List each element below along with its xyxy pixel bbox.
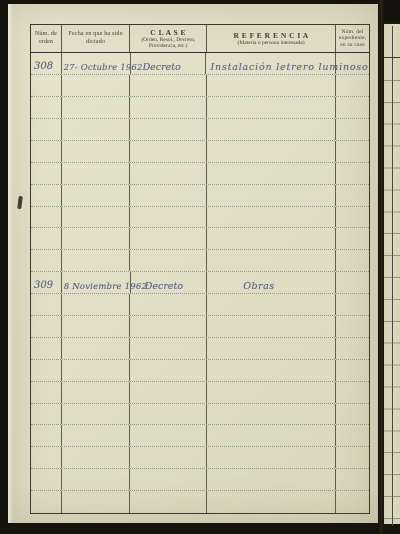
- cell-fecha: 27- Octubre 1962: [62, 53, 131, 74]
- handwritten-clase: Decreto: [145, 282, 183, 294]
- cell-referencia: Obras: [207, 272, 336, 293]
- cell-clase: [130, 185, 207, 206]
- cell-expediente: [336, 185, 369, 206]
- header-referencia-title: R E F E R E N C I A: [233, 31, 308, 40]
- header-num-orden: Núm. de orden: [31, 25, 62, 52]
- cell-fecha: [62, 404, 131, 425]
- cell-fecha: [62, 185, 131, 206]
- cell-fecha: [62, 163, 131, 184]
- cell-referencia: [207, 338, 336, 359]
- cell-referencia: [207, 491, 336, 513]
- cell-expediente: [336, 447, 369, 468]
- cell-fecha: [62, 294, 131, 315]
- cell-fecha: [62, 425, 131, 446]
- header-num-orden-label: Núm. de orden: [32, 31, 60, 46]
- cell-referencia: [207, 382, 336, 403]
- header-fecha-label: Fecha en que ha sido dictado: [63, 31, 129, 46]
- cell-num: [31, 141, 62, 162]
- cell-fecha: [62, 382, 131, 403]
- cell-num: [31, 97, 62, 118]
- header-clase: C L A S E (Orden, Resol., Decreto, Provi…: [130, 25, 207, 52]
- cell-num: [31, 382, 62, 403]
- cell-clase: Decreto: [131, 272, 207, 293]
- cell-fecha: [62, 97, 131, 118]
- cell-referencia: [207, 404, 336, 425]
- table-row: [31, 491, 369, 513]
- cell-referencia: [207, 185, 336, 206]
- cell-clase: [130, 97, 207, 118]
- handwritten-num: 308: [34, 62, 53, 74]
- cell-referencia: [207, 75, 336, 96]
- cell-clase: [130, 469, 207, 490]
- cell-expediente: [336, 228, 369, 249]
- cell-referencia: [207, 141, 336, 162]
- cell-expediente: [336, 119, 369, 140]
- cell-referencia: [207, 316, 336, 337]
- table-row: [31, 228, 369, 250]
- cell-num: [31, 425, 62, 446]
- table-row: [31, 75, 369, 97]
- cell-expediente: [336, 338, 369, 359]
- ink-smudge-mark: [17, 196, 23, 209]
- cell-fecha: [62, 447, 131, 468]
- header-expediente: Núm. del expediente, en su caso: [336, 25, 369, 52]
- cell-fecha: [62, 316, 131, 337]
- cell-num: [31, 294, 62, 315]
- cell-expediente: [336, 469, 369, 490]
- cell-num: [31, 185, 62, 206]
- facing-page-edge: [384, 22, 400, 524]
- cell-expediente: [336, 360, 369, 381]
- cell-num: 308: [31, 53, 62, 74]
- cell-referencia: [207, 447, 336, 468]
- cell-expediente: [336, 294, 369, 315]
- cell-num: [31, 316, 62, 337]
- cell-clase: [130, 447, 207, 468]
- table-row: [31, 360, 369, 382]
- cell-num: 309: [31, 272, 62, 293]
- header-fecha: Fecha en que ha sido dictado: [62, 25, 131, 52]
- cell-referencia: [207, 163, 336, 184]
- cell-clase: [130, 382, 207, 403]
- table-row: [31, 469, 369, 491]
- header-referencia-subtitle: (Materia o persona interesada): [238, 40, 305, 47]
- handwritten-referencia: Obras: [243, 282, 274, 294]
- cell-expediente: [336, 53, 369, 74]
- cell-num: [31, 338, 62, 359]
- cell-referencia: [207, 425, 336, 446]
- cell-clase: [130, 491, 207, 513]
- cell-fecha: [62, 491, 131, 513]
- cell-num: [31, 75, 62, 96]
- table-row: [31, 425, 369, 447]
- cell-referencia: [207, 97, 336, 118]
- table-row: [31, 382, 369, 404]
- cell-expediente: [336, 250, 369, 271]
- facing-page-row-lines: [384, 59, 400, 524]
- cell-clase: [130, 75, 207, 96]
- cell-fecha: [62, 75, 131, 96]
- cell-referencia: [207, 294, 336, 315]
- cell-expediente: [336, 404, 369, 425]
- cell-clase: [130, 360, 207, 381]
- table-row: 3098 Noviembre 1962DecretoObras: [31, 272, 369, 294]
- cell-expediente: [336, 97, 369, 118]
- header-referencia: R E F E R E N C I A (Materia o persona i…: [207, 25, 336, 52]
- cell-fecha: [62, 469, 131, 490]
- cell-num: [31, 250, 62, 271]
- table-row: [31, 250, 369, 272]
- cell-expediente: [336, 491, 369, 513]
- cell-num: [31, 119, 62, 140]
- cell-referencia: [207, 228, 336, 249]
- cell-num: [31, 207, 62, 228]
- table-row: [31, 338, 369, 360]
- cell-referencia: [207, 469, 336, 490]
- cell-fecha: [62, 250, 131, 271]
- table-row: [31, 97, 369, 119]
- cell-expediente: [336, 207, 369, 228]
- scanned-ledger-page: Núm. de orden Fecha en que ha sido dicta…: [8, 4, 378, 523]
- table-row: 30827- Octubre 1962DecretoInstalación le…: [31, 53, 369, 75]
- cell-referencia: Instalación letrero luminoso: [206, 53, 336, 74]
- cell-fecha: 8 Noviembre 1962: [62, 272, 131, 293]
- cell-expediente: [336, 425, 369, 446]
- cell-referencia: [207, 360, 336, 381]
- header-clase-title: C L A S E: [150, 28, 186, 37]
- cell-num: [31, 228, 62, 249]
- cell-clase: [130, 425, 207, 446]
- handwritten-num: 309: [34, 281, 53, 293]
- table-row: [31, 447, 369, 469]
- cell-clase: [130, 228, 207, 249]
- cell-clase: Decreto: [131, 53, 207, 74]
- cell-expediente: [336, 382, 369, 403]
- table-row: [31, 207, 369, 229]
- handwritten-clase: Decreto: [143, 63, 181, 75]
- cell-referencia: [207, 119, 336, 140]
- cell-referencia: [207, 250, 336, 271]
- cell-clase: [130, 294, 207, 315]
- cell-referencia: [207, 207, 336, 228]
- ledger-table: Núm. de orden Fecha en que ha sido dicta…: [30, 24, 370, 514]
- cell-clase: [130, 404, 207, 425]
- cell-fecha: [62, 119, 131, 140]
- table-row: [31, 141, 369, 163]
- table-body: 30827- Octubre 1962DecretoInstalación le…: [31, 53, 369, 513]
- cell-num: [31, 491, 62, 513]
- table-row: [31, 163, 369, 185]
- table-row: [31, 404, 369, 426]
- cell-fecha: [62, 338, 131, 359]
- cell-expediente: [336, 272, 369, 293]
- cell-clase: [130, 163, 207, 184]
- cell-clase: [130, 316, 207, 337]
- header-expediente-label: Núm. del expediente, en su caso: [337, 29, 368, 49]
- cell-num: [31, 447, 62, 468]
- page-edge-highlight: [8, 4, 13, 523]
- table-row: [31, 316, 369, 338]
- cell-num: [31, 163, 62, 184]
- cell-fecha: [62, 360, 131, 381]
- cell-clase: [130, 250, 207, 271]
- table-row: [31, 119, 369, 141]
- cell-clase: [130, 338, 207, 359]
- cell-fecha: [62, 141, 131, 162]
- cell-num: [31, 360, 62, 381]
- cell-clase: [130, 141, 207, 162]
- facing-page-header-line: [384, 57, 400, 58]
- cell-expediente: [336, 75, 369, 96]
- cell-expediente: [336, 141, 369, 162]
- cell-expediente: [336, 316, 369, 337]
- table-row: [31, 185, 369, 207]
- cell-num: [31, 469, 62, 490]
- cell-clase: [130, 119, 207, 140]
- table-row: [31, 294, 369, 316]
- cell-expediente: [336, 163, 369, 184]
- cell-fecha: [62, 207, 131, 228]
- header-clase-subtitle: (Orden, Resol., Decreto, Providencia, et…: [131, 37, 205, 50]
- cell-fecha: [62, 228, 131, 249]
- cell-num: [31, 404, 62, 425]
- cell-clase: [130, 207, 207, 228]
- table-header-row: Núm. de orden Fecha en que ha sido dicta…: [31, 25, 369, 53]
